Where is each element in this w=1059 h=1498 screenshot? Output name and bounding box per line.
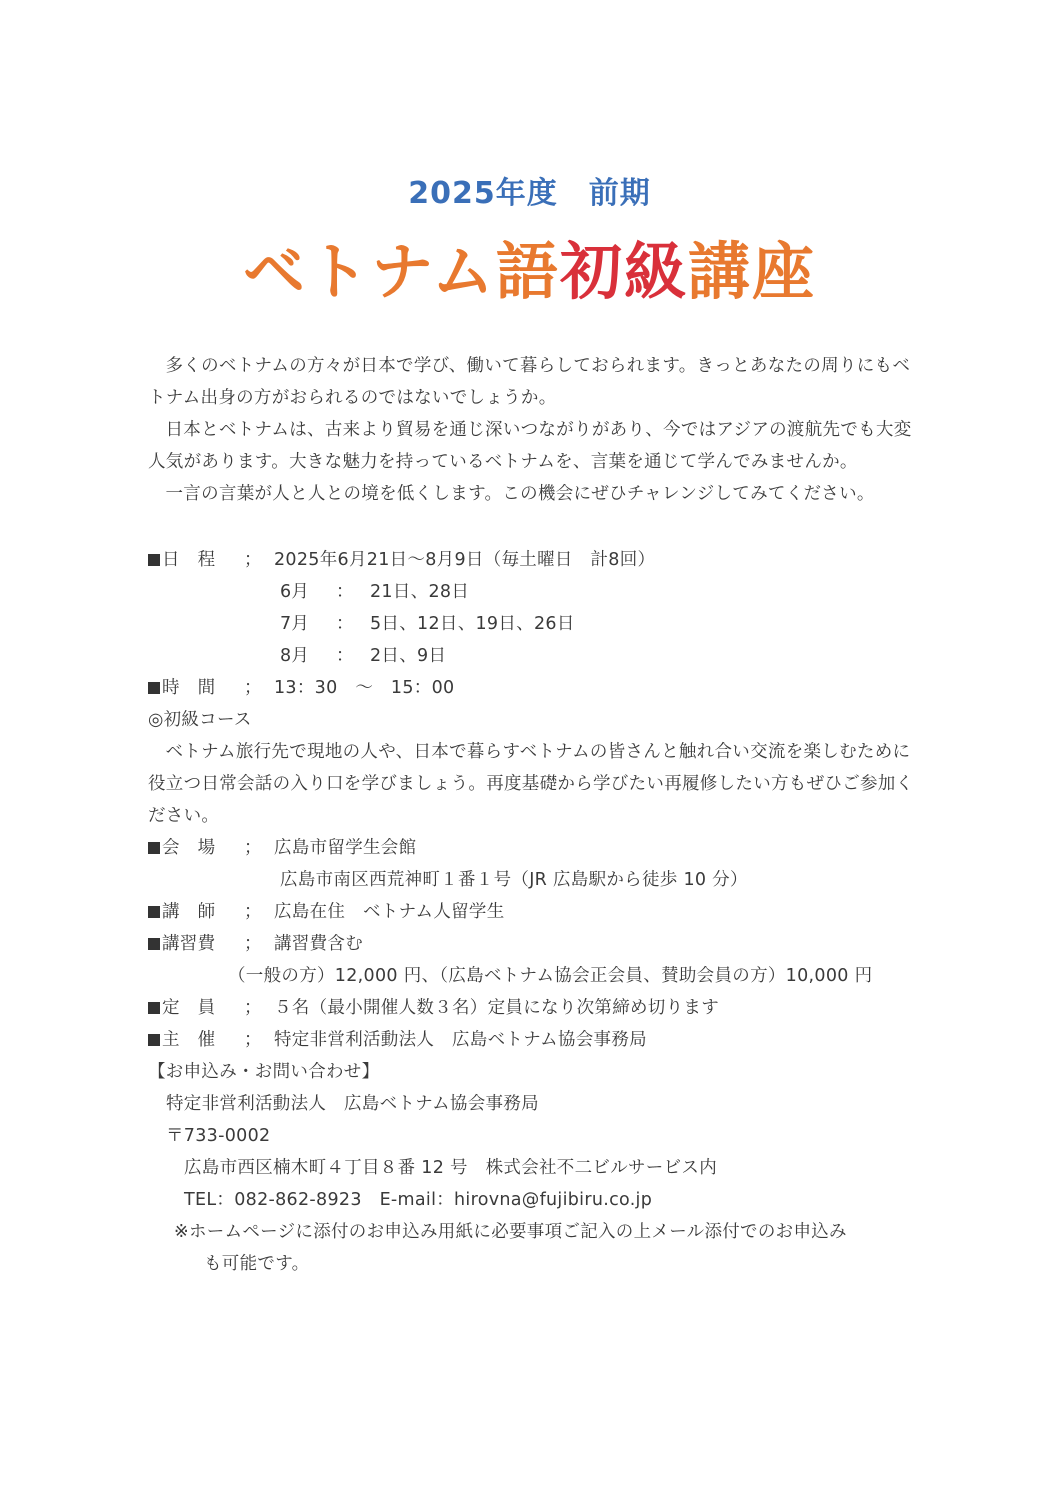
organizer-label: 主 催 <box>162 1030 215 1050</box>
month: 6月 <box>280 582 309 602</box>
schedule-month-row: 7月 ： 5日、12日、19日、26日 <box>280 608 309 640</box>
separator: ； <box>244 896 262 928</box>
separator: ； <box>244 544 262 576</box>
schedule-month-row: 6月 ： 21日、28日 <box>280 576 309 608</box>
separator: ； <box>244 992 262 1024</box>
course-title: ベトナム語初級講座 <box>0 232 1059 312</box>
time-label: 時 間 <box>162 678 215 698</box>
separator: ； <box>244 928 262 960</box>
instructor-label: 講 師 <box>162 902 215 922</box>
schedule-month-row: 8月 ： 2日、9日 <box>280 640 309 672</box>
separator: ： <box>336 576 354 608</box>
schedule-value: 2025年6月21日～8月9日（毎土曜日 計8回） <box>274 544 655 576</box>
days: 21日、28日 <box>370 576 469 608</box>
title-part-vietnamese: ベトナム語 <box>243 235 560 308</box>
contact-note: ※ホームページに添付のお申込み用紙に必要事項ご記入の上メール添付でのお申込み <box>174 1216 847 1248</box>
course-title-row: ◎初級コース <box>148 704 252 736</box>
title-part-beginner: 初級 <box>560 235 688 308</box>
contact-postal: 〒733-0002 <box>166 1120 270 1152</box>
year-term-heading: 2025年度 前期 <box>0 168 1059 212</box>
bullet-square-icon <box>148 842 160 854</box>
intro-paragraph: 日本とベトナムは、古来より貿易を通じ深いつながりがあり、今ではアジアの渡航先でも… <box>148 414 918 478</box>
contact-heading: 【お申込み・お問い合わせ】 <box>148 1056 379 1088</box>
separator: ； <box>244 832 262 864</box>
contact-tel-email[interactable]: TEL：082-862-8923 E-mail：hirovna@fujibiru… <box>184 1184 652 1216</box>
details-section: 日 程 ； 2025年6月21日～8月9日（毎土曜日 計8回） 6月 ： 21日… <box>148 544 928 1304</box>
bullet-square-icon <box>148 1034 160 1046</box>
flyer-page: 2025年度 前期 ベトナム語初級講座 多くのベトナムの方々が日本で学び、働いて… <box>0 0 1059 1498</box>
organizer-value: 特定非営利活動法人 広島ベトナム協会事務局 <box>274 1024 647 1056</box>
separator: ： <box>336 640 354 672</box>
separator: ； <box>244 1024 262 1056</box>
bullet-square-icon <box>148 554 160 566</box>
fee-detail: （一般の方）12,000 円、（広島ベトナム協会正会員、賛助会員の方）10,00… <box>228 960 872 992</box>
venue-value: 広島市留学生会館 <box>274 832 416 864</box>
title-part-course: 講座 <box>688 235 816 308</box>
contact-note-cont: も可能です。 <box>204 1248 309 1280</box>
venue-address: 広島市南区西荒神町１番１号（JR 広島駅から徒歩 10 分） <box>280 864 748 896</box>
course-description: ベトナム旅行先で現地の人や、日本で暮らすベトナムの皆さんと触れ合い交流を楽しむた… <box>148 736 918 832</box>
intro-paragraph: 一言の言葉が人と人との境を低くします。この機会にぜひチャレンジしてみてください。 <box>148 478 918 510</box>
month: 8月 <box>280 646 309 666</box>
capacity-label: 定 員 <box>162 998 215 1018</box>
separator: ： <box>336 608 354 640</box>
bullet-square-icon <box>148 938 160 950</box>
bullet-square-icon <box>148 906 160 918</box>
intro-text: 多くのベトナムの方々が日本で学び、働いて暮らしておられます。きっとあなたの周りに… <box>148 350 918 510</box>
contact-address: 広島市西区楠木町４丁目８番 12 号 株式会社不二ビルサービス内 <box>184 1152 717 1184</box>
days: 5日、12日、19日、26日 <box>370 608 575 640</box>
time-value: 13：30 ～ 15：00 <box>274 672 454 704</box>
days: 2日、9日 <box>370 640 446 672</box>
contact-org: 特定非営利活動法人 広島ベトナム協会事務局 <box>166 1088 539 1120</box>
month: 7月 <box>280 614 309 634</box>
bullet-square-icon <box>148 682 160 694</box>
fee-value: 講習費含む <box>274 928 363 960</box>
separator: ； <box>244 672 262 704</box>
fee-label: 講習費 <box>162 934 215 954</box>
venue-label: 会 場 <box>162 838 215 858</box>
intro-paragraph: 多くのベトナムの方々が日本で学び、働いて暮らしておられます。きっとあなたの周りに… <box>148 350 918 414</box>
schedule-label: 日 程 <box>162 550 215 570</box>
capacity-value: ５名（最小開催人数３名）定員になり次第締め切ります <box>274 992 719 1024</box>
instructor-value: 広島在住 ベトナム人留学生 <box>274 896 505 928</box>
bullet-square-icon <box>148 1002 160 1014</box>
